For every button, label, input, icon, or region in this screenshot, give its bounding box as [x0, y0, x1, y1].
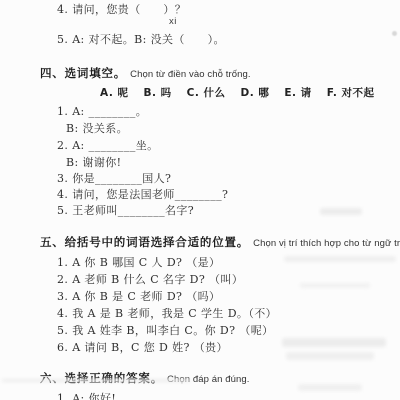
section-four-item-1a: 1. A: ________。 [57, 105, 147, 118]
section-four-item-2a: 2. A: ________坐。 [57, 139, 159, 152]
scanned-worksheet-page: 4. 请问，您贵（ ）？ xi 5. A: 对不起。B: 没关（ ）。 四、选词… [0, 0, 400, 400]
word-bank-option-a: A. 呢 [100, 85, 128, 100]
section-four-title-chinese: 四、选词填空。 [40, 66, 126, 80]
section-four-item-5: 5. 王老师叫________名字? [57, 204, 194, 217]
section-five-item-2: 2. A 老师 B 什么 C 名字 D? （叫） [57, 273, 243, 286]
section-five-item-4: 4. 我 A 是 B 老师，我是 C 学生 D。（不） [57, 307, 277, 320]
section-five-title-vietnamese: Chọn vị trí thích hợp cho từ ngữ trong n… [253, 238, 400, 249]
word-bank-option-d: D. 哪 [240, 85, 269, 100]
scan-artifact [300, 283, 370, 288]
section-six-item-1: 1. A: 你好! [57, 392, 116, 400]
scan-artifact [392, 31, 397, 36]
section-six-header: 六、选择正确的答案。Chọn đáp án đúng. [40, 367, 250, 386]
section-five-title-chinese: 五、给括号中的词语选择合适的位置。 [40, 235, 249, 249]
section-five-item-6: 6. A 请问 B，C 您 D 姓? （贵） [57, 341, 228, 354]
word-bank-option-b: B. 吗 [143, 85, 171, 100]
word-bank-option-e: E. 请 [284, 85, 311, 100]
section-four-item-4: 4. 请问，您是法国老师________? [57, 188, 228, 201]
scan-artifact [2, 379, 190, 382]
section-five-item-1: 1. A 你 B 哪国 C 人 D? （是） [57, 256, 220, 269]
section-five-header: 五、给括号中的词语选择合适的位置。Chọn vị trí thích hợp c… [40, 231, 400, 250]
section-four-word-bank: A. 呢 B. 吗 C. 什么 D. 哪 E. 请 F. 对不起 [100, 85, 374, 100]
section-four-item-1b: B: 没关系。 [66, 122, 128, 135]
section-five-item-5: 5. 我 A 姓李 B，叫李白 C。你 D? （呢） [57, 324, 274, 337]
word-bank-option-f: F. 对不起 [327, 85, 375, 100]
word-bank-option-c: C. 什么 [187, 85, 226, 100]
exercise3-item-4: 4. 请问，您贵（ ）？ [57, 3, 186, 16]
section-four-title-vietnamese: Chọn từ điền vào chỗ trống. [130, 69, 251, 80]
section-six-title-chinese: 六、选择正确的答案。 [40, 371, 163, 385]
scan-artifact [298, 384, 362, 391]
exercise3-item-5: 5. A: 对不起。B: 没关（ ）。 [57, 33, 225, 46]
section-four-item-2b: B: 谢谢你! [66, 156, 122, 169]
page-number-marker: xi [169, 16, 177, 27]
scan-artifact [320, 208, 362, 215]
section-four-item-3: 3. 你是________国人? [57, 172, 171, 185]
scan-artifact [282, 338, 386, 347]
section-five-item-3: 3. A 你 B 是 C 老师 D? （吗） [57, 290, 220, 303]
section-four-header: 四、选词填空。Chọn từ điền vào chỗ trống. [40, 62, 251, 81]
scan-artifact [284, 256, 396, 262]
scan-artifact [286, 352, 374, 360]
